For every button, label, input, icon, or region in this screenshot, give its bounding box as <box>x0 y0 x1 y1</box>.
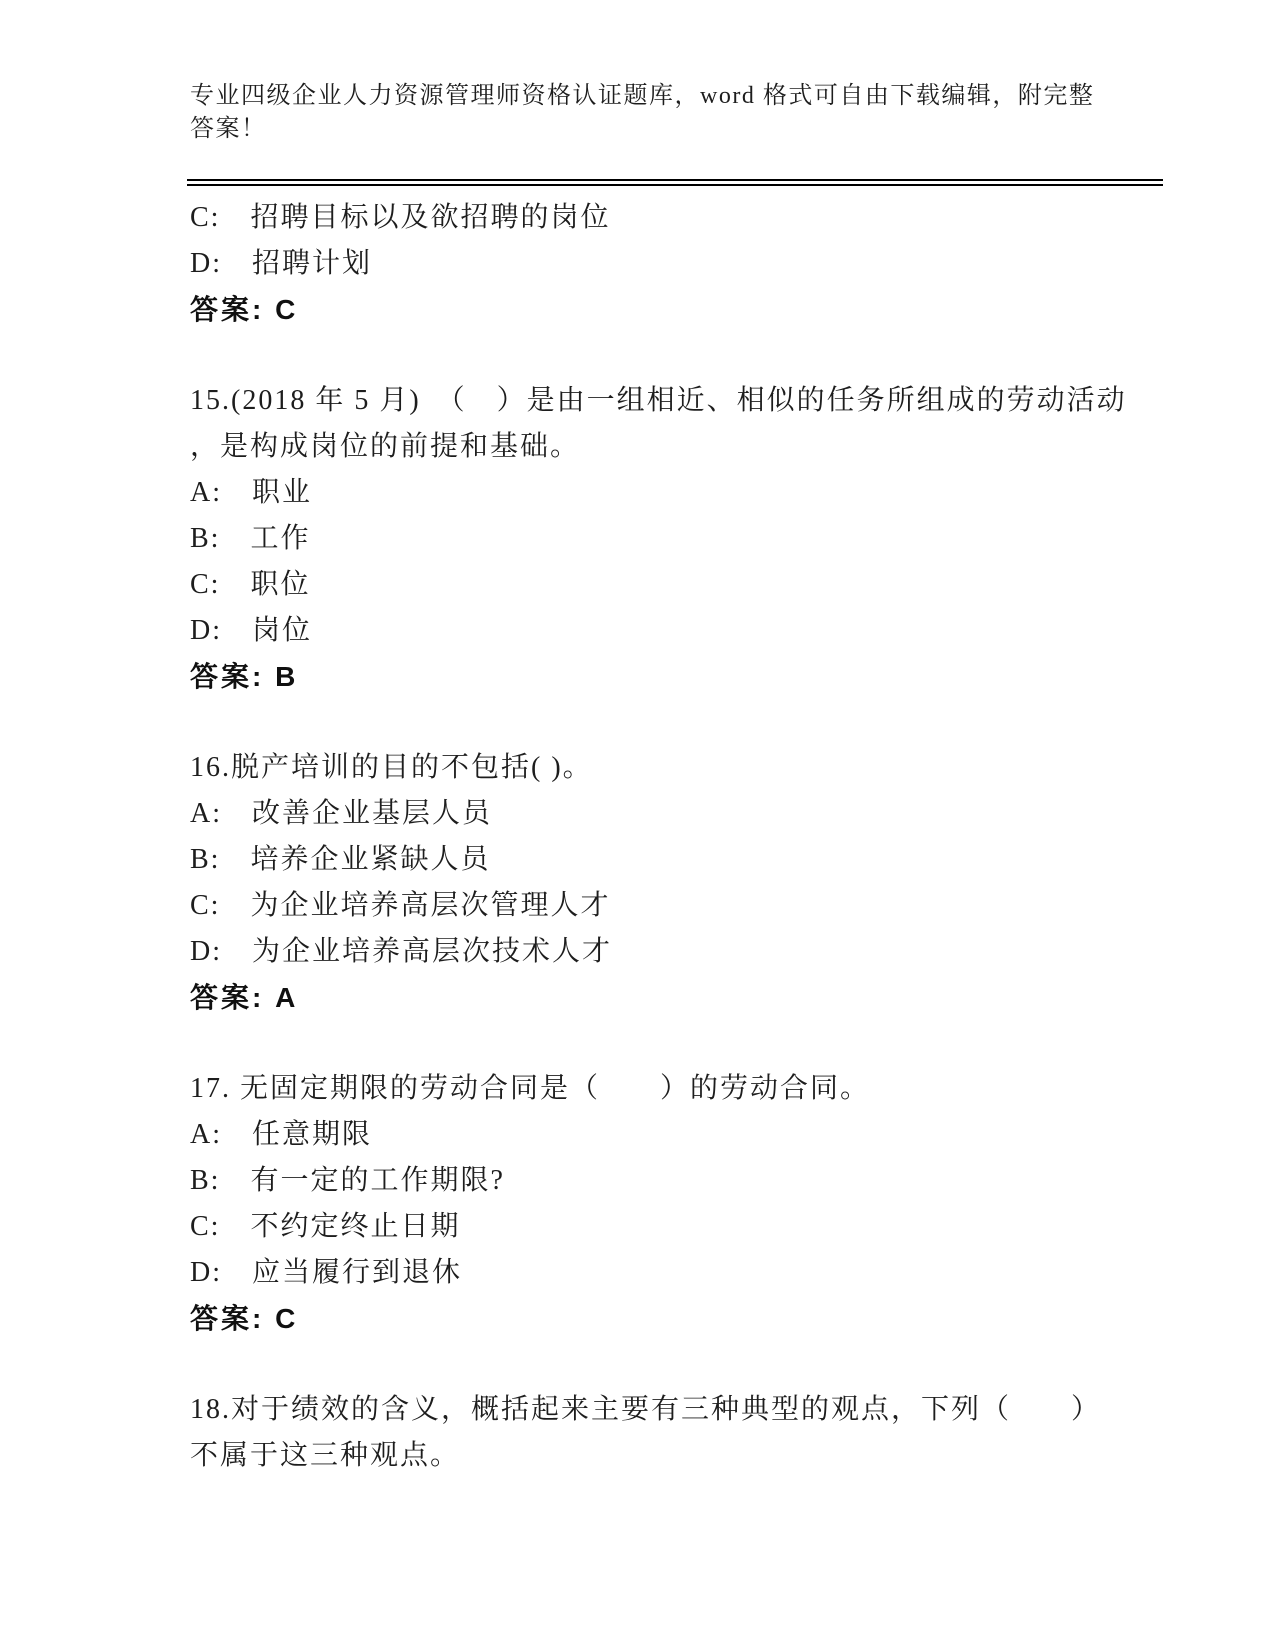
option-a: A: 职业 <box>190 470 1165 516</box>
question-stem-line-1: 16.脱产培训的目的不包括( )。 <box>190 745 1165 791</box>
option-b: B: 工作 <box>190 516 1165 562</box>
option-c: C: 招聘目标以及欲招聘的岗位 <box>190 195 1165 241</box>
answer-line: 答案: B <box>190 654 1165 700</box>
question-stem-line-2: ，是构成岗位的前提和基础。 <box>190 424 1165 470</box>
question-stem-line-1: 17. 无固定期限的劳动合同是（ ）的劳动合同。 <box>190 1066 1165 1112</box>
option-d: D: 招聘计划 <box>190 241 1165 287</box>
option-d: D: 为企业培养高层次技术人才 <box>190 929 1165 975</box>
answer-line: 答案: C <box>190 1296 1165 1342</box>
page-header: 专业四级企业人力资源管理师资格认证题库，word 格式可自由下载编辑，附完整 答… <box>190 80 1165 146</box>
question-stem-line-1: 18.对于绩效的含义，概括起来主要有三种典型的观点，下列（ ） <box>190 1387 1165 1433</box>
option-b: B: 有一定的工作期限? <box>190 1158 1165 1204</box>
option-a: A: 任意期限 <box>190 1112 1165 1158</box>
document-page-content: 专业四级企业人力资源管理师资格认证题库，word 格式可自由下载编辑，附完整 答… <box>190 80 1165 1479</box>
option-b: B: 培养企业紧缺人员 <box>190 837 1165 883</box>
option-d: D: 岗位 <box>190 608 1165 654</box>
answer-line: 答案: A <box>190 975 1165 1021</box>
header-divider-rule <box>187 179 1163 186</box>
option-c: C: 为企业培养高层次管理人才 <box>190 883 1165 929</box>
question-block-14-tail: C: 招聘目标以及欲招聘的岗位 D: 招聘计划 答案: C <box>190 195 1165 333</box>
question-stem-line-1: 15.(2018 年 5 月) （ ）是由一组相近、相似的任务所组成的劳动活动 <box>190 378 1165 424</box>
option-c: C: 职位 <box>190 562 1165 608</box>
answer-line: 答案: C <box>190 287 1165 333</box>
option-a: A: 改善企业基层人员 <box>190 791 1165 837</box>
question-block-17: 17. 无固定期限的劳动合同是（ ）的劳动合同。 A: 任意期限 B: 有一定的… <box>190 1066 1165 1342</box>
header-text-line-2: 答案！ <box>190 113 1165 146</box>
option-d: D: 应当履行到退休 <box>190 1250 1165 1296</box>
question-block-16: 16.脱产培训的目的不包括( )。 A: 改善企业基层人员 B: 培养企业紧缺人… <box>190 745 1165 1021</box>
option-c: C: 不约定终止日期 <box>190 1204 1165 1250</box>
question-block-15: 15.(2018 年 5 月) （ ）是由一组相近、相似的任务所组成的劳动活动 … <box>190 378 1165 700</box>
header-text-line-1: 专业四级企业人力资源管理师资格认证题库，word 格式可自由下载编辑，附完整 <box>190 80 1165 113</box>
question-block-18: 18.对于绩效的含义，概括起来主要有三种典型的观点，下列（ ） 不属于这三种观点… <box>190 1387 1165 1479</box>
question-stem-line-2: 不属于这三种观点。 <box>190 1433 1165 1479</box>
